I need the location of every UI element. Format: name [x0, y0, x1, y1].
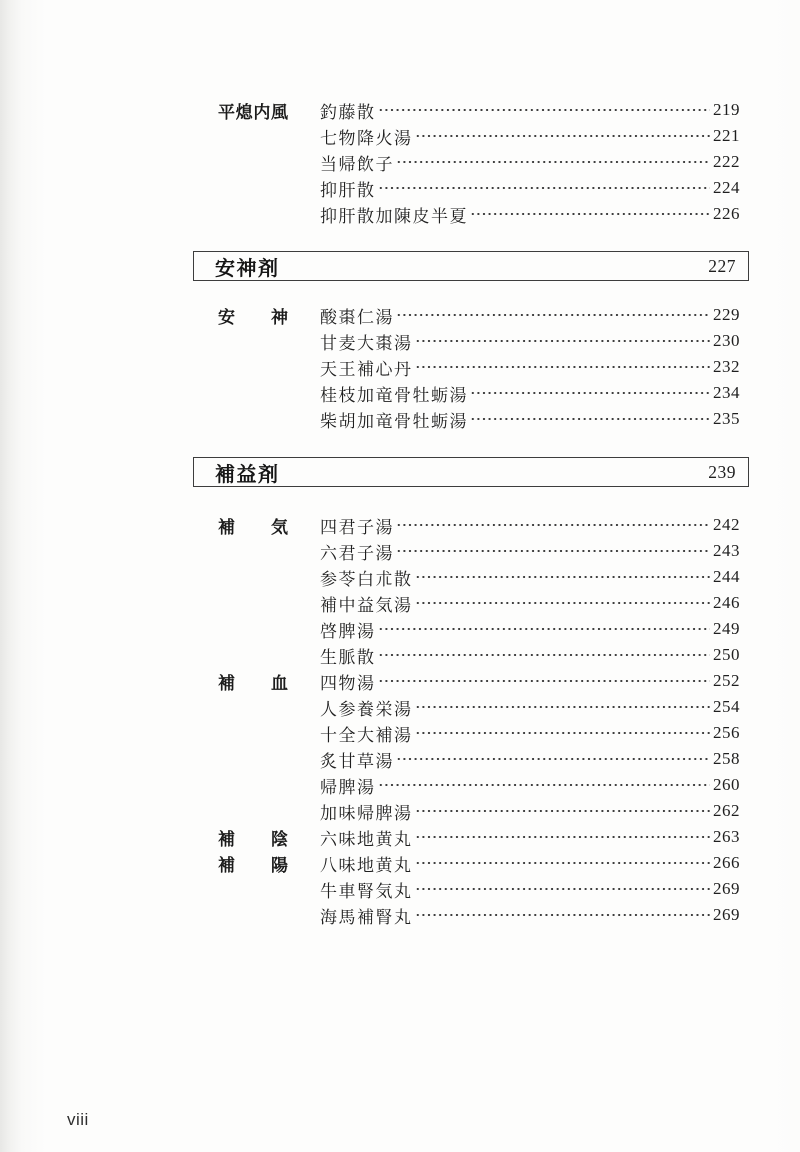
formula-title: 八味地黄丸 — [320, 851, 413, 876]
page-number: 258 — [713, 749, 740, 769]
page-number: 269 — [713, 879, 740, 899]
page-number: 221 — [713, 126, 740, 146]
dot-leader — [415, 564, 711, 590]
toc-row: 甘麦大棗湯 230 — [218, 328, 740, 354]
formula-title: 啓脾湯 — [320, 617, 376, 642]
page-number: 222 — [713, 152, 740, 172]
dot-leader — [396, 746, 710, 772]
toc-row: 帰脾湯 260 — [218, 772, 740, 798]
page-number: 266 — [713, 853, 740, 873]
dot-leader — [396, 302, 710, 328]
dot-leader — [415, 328, 711, 354]
toc-row: 柴胡加竜骨牡蛎湯 235 — [218, 406, 740, 432]
toc-row: 啓脾湯 249 — [218, 616, 740, 642]
folio-page-number: viii — [67, 1110, 89, 1130]
dot-leader — [378, 616, 711, 642]
toc-row: 補中益気湯 246 — [218, 590, 740, 616]
dot-leader — [378, 97, 711, 123]
formula-title: 炙甘草湯 — [320, 747, 394, 772]
formula-title: 酸棗仁湯 — [320, 303, 394, 328]
toc-row: 抑肝散加陳皮半夏 226 — [218, 201, 740, 227]
formula-title: 六味地黄丸 — [320, 825, 413, 850]
dot-leader — [396, 538, 710, 564]
toc-row: 参苓白朮散 244 — [218, 564, 740, 590]
toc-row: 牛車腎気丸 269 — [218, 876, 740, 902]
formula-title: 人参養栄湯 — [320, 695, 413, 720]
chapter-header-anshinzai: 安神剤 227 — [193, 251, 749, 281]
page-number: 250 — [713, 645, 740, 665]
toc-row: 桂枝加竜骨牡蛎湯 234 — [218, 380, 740, 406]
page-number: 263 — [713, 827, 740, 847]
formula-title: 四物湯 — [320, 669, 376, 694]
formula-title: 釣藤散 — [320, 98, 376, 123]
category-label: 補気 — [218, 513, 288, 538]
toc-row: 加味帰脾湯 262 — [218, 798, 740, 824]
toc-section-pingxi-neifeng: 平熄内風 釣藤散 219 七物降火湯 221 当帰飲子 222 抑肝散 224 … — [218, 97, 740, 227]
toc-row: 十全大補湯 256 — [218, 720, 740, 746]
formula-title: 生脈散 — [320, 643, 376, 668]
page-number: 230 — [713, 331, 740, 351]
page-number: 224 — [713, 178, 740, 198]
formula-title: 桂枝加竜骨牡蛎湯 — [320, 381, 468, 406]
scanned-toc-page: 平熄内風 釣藤散 219 七物降火湯 221 当帰飲子 222 抑肝散 224 … — [0, 0, 800, 1152]
toc-row: 六君子湯 243 — [218, 538, 740, 564]
dot-leader — [415, 798, 711, 824]
formula-title: 参苓白朮散 — [320, 565, 413, 590]
formula-title: 補中益気湯 — [320, 591, 413, 616]
page-number: 244 — [713, 567, 740, 587]
page-number: 249 — [713, 619, 740, 639]
category-label: 補血 — [218, 669, 288, 694]
formula-title: 甘麦大棗湯 — [320, 329, 413, 354]
category-label: 補陽 — [218, 851, 288, 876]
dot-leader — [470, 380, 710, 406]
formula-title: 抑肝散 — [320, 176, 376, 201]
page-number: 232 — [713, 357, 740, 377]
dot-leader — [415, 354, 711, 380]
chapter-page-number: 227 — [708, 256, 736, 277]
page-number: 226 — [713, 204, 740, 224]
toc-row: 生脈散 250 — [218, 642, 740, 668]
toc-section-anshin: 安神 酸棗仁湯 229 甘麦大棗湯 230 天王補心丹 232 桂枝加竜骨牡蛎湯… — [218, 302, 740, 432]
dot-leader — [396, 512, 710, 538]
dot-leader — [415, 824, 711, 850]
formula-title: 加味帰脾湯 — [320, 799, 413, 824]
category-label: 補陰 — [218, 825, 288, 850]
dot-leader — [470, 406, 710, 432]
formula-title: 十全大補湯 — [320, 721, 413, 746]
dot-leader — [415, 694, 711, 720]
toc-row: 人参養栄湯 254 — [218, 694, 740, 720]
toc-row: 補気 四君子湯 242 — [218, 512, 740, 538]
toc-row: 抑肝散 224 — [218, 175, 740, 201]
toc-row: 炙甘草湯 258 — [218, 746, 740, 772]
page-number: 260 — [713, 775, 740, 795]
page-number: 242 — [713, 515, 740, 535]
page-number: 235 — [713, 409, 740, 429]
chapter-title: 安神剤 — [215, 252, 280, 281]
toc-row: 補陽 八味地黄丸 266 — [218, 850, 740, 876]
page-number: 229 — [713, 305, 740, 325]
dot-leader — [378, 668, 711, 694]
page-number: 269 — [713, 905, 740, 925]
page-number: 254 — [713, 697, 740, 717]
category-label: 安神 — [218, 303, 288, 328]
dot-leader — [470, 201, 710, 227]
page-number: 234 — [713, 383, 740, 403]
page-number: 252 — [713, 671, 740, 691]
toc-row: 天王補心丹 232 — [218, 354, 740, 380]
toc-row: 当帰飲子 222 — [218, 149, 740, 175]
dot-leader — [378, 642, 711, 668]
toc-row: 平熄内風 釣藤散 219 — [218, 97, 740, 123]
toc-row: 海馬補腎丸 269 — [218, 902, 740, 928]
dot-leader — [415, 902, 711, 928]
chapter-title: 補益剤 — [215, 458, 280, 487]
formula-title: 天王補心丹 — [320, 355, 413, 380]
toc-row: 補血 四物湯 252 — [218, 668, 740, 694]
dot-leader — [415, 123, 711, 149]
formula-title: 帰脾湯 — [320, 773, 376, 798]
chapter-page-number: 239 — [708, 462, 736, 483]
formula-title: 抑肝散加陳皮半夏 — [320, 202, 468, 227]
dot-leader — [378, 175, 711, 201]
page-number: 246 — [713, 593, 740, 613]
page-number: 256 — [713, 723, 740, 743]
toc-row: 七物降火湯 221 — [218, 123, 740, 149]
page-number: 243 — [713, 541, 740, 561]
dot-leader — [396, 149, 710, 175]
category-label: 平熄内風 — [218, 98, 288, 123]
page-number: 219 — [713, 100, 740, 120]
dot-leader — [415, 876, 711, 902]
dot-leader — [415, 720, 711, 746]
toc-row: 補陰 六味地黄丸 263 — [218, 824, 740, 850]
dot-leader — [378, 772, 711, 798]
formula-title: 柴胡加竜骨牡蛎湯 — [320, 407, 468, 432]
formula-title: 七物降火湯 — [320, 124, 413, 149]
formula-title: 六君子湯 — [320, 539, 394, 564]
formula-title: 四君子湯 — [320, 513, 394, 538]
dot-leader — [415, 850, 711, 876]
toc-row: 安神 酸棗仁湯 229 — [218, 302, 740, 328]
formula-title: 海馬補腎丸 — [320, 903, 413, 928]
page-number: 262 — [713, 801, 740, 821]
formula-title: 当帰飲子 — [320, 150, 394, 175]
toc-section-hoeki: 補気 四君子湯 242 六君子湯 243 参苓白朮散 244 補中益気湯 246… — [218, 512, 740, 928]
dot-leader — [415, 590, 711, 616]
formula-title: 牛車腎気丸 — [320, 877, 413, 902]
chapter-header-hoekizai: 補益剤 239 — [193, 457, 749, 487]
